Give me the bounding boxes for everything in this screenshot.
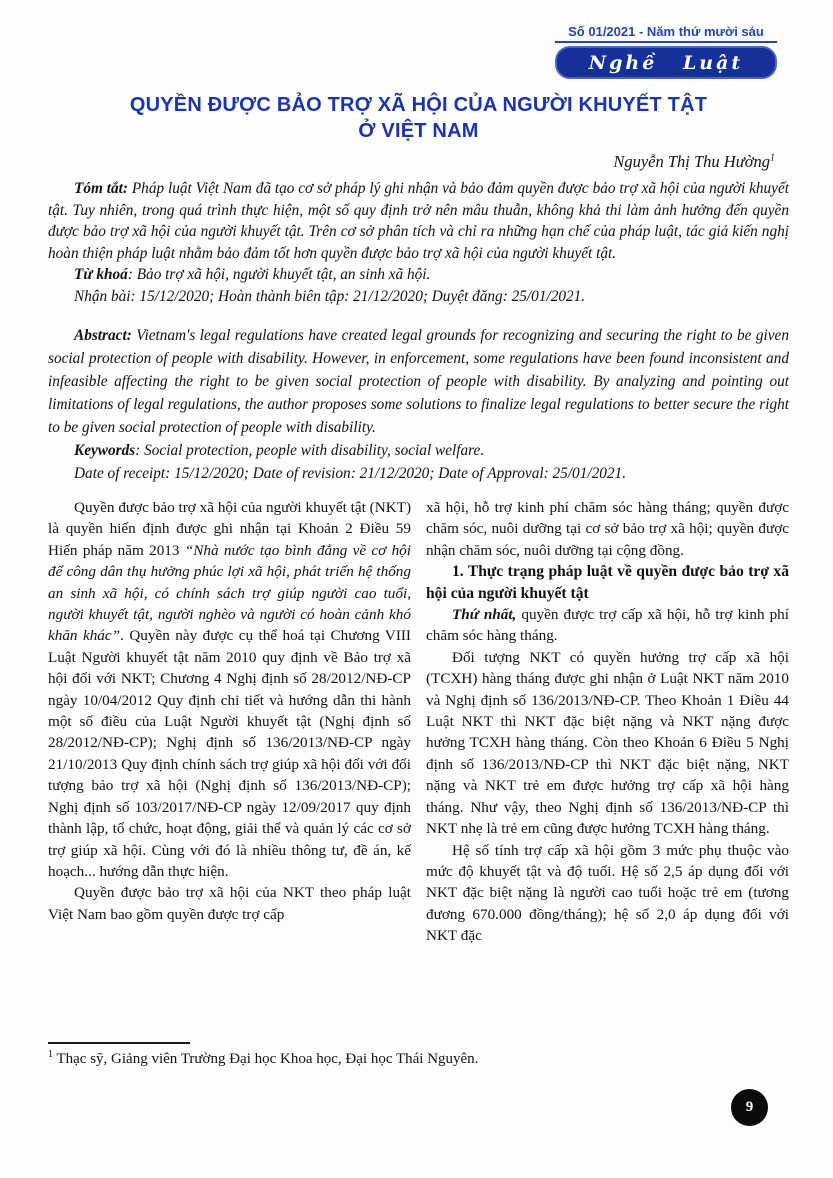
keywords-vi-text: : Bảo trợ xã hội, người khuyết tật, an s… bbox=[128, 266, 431, 283]
abstract-en: Abstract: Vietnam's legal regulations ha… bbox=[48, 324, 789, 485]
footnote-rule bbox=[48, 1042, 190, 1044]
title-line-1: QUYỀN ĐƯỢC BẢO TRỢ XÃ HỘI CỦA NGƯỜI KHUY… bbox=[48, 92, 789, 118]
keywords-en-text: : Social protection, people with disabil… bbox=[135, 442, 484, 459]
right-p2-lead: Thứ nhất, bbox=[452, 606, 516, 623]
footnote-area: 1 Thạc sỹ, Giảng viên Trường Đại học Kho… bbox=[48, 1042, 748, 1068]
body-paragraph: xã hội, hỗ trợ kinh phí chăm sóc hàng th… bbox=[426, 497, 789, 561]
keywords-en-label: Keywords bbox=[74, 442, 135, 459]
body-paragraph: Hệ số tính trợ cấp xã hội gồm 3 mức phụ … bbox=[426, 840, 789, 947]
page-number-badge: 9 bbox=[731, 1089, 768, 1126]
abstract-en-paragraph: Abstract: Vietnam's legal regulations ha… bbox=[48, 324, 789, 439]
abstract-vi-paragraph: Tóm tắt: Pháp luật Việt Nam đã tạo cơ sở… bbox=[48, 178, 789, 264]
issue-label: Số 01/2021 - Năm thứ mười sáu bbox=[555, 24, 777, 39]
journal-name: Nghề Luật bbox=[589, 52, 743, 74]
body-paragraph: Thứ nhất, quyền được trợ cấp xã hội, hỗ … bbox=[426, 604, 789, 647]
section-gap bbox=[48, 307, 789, 324]
body-paragraph: Quyền được bảo trợ xã hội của người khuy… bbox=[48, 497, 411, 882]
keywords-vi-line: Từ khoá: Bảo trợ xã hội, người khuyết tậ… bbox=[48, 264, 789, 286]
abstract-vi-text: Pháp luật Việt Nam đã tạo cơ sở pháp lý … bbox=[48, 180, 789, 262]
abstract-en-text: Vietnam's legal regulations have created… bbox=[48, 327, 789, 436]
section-heading-1: 1. Thực trạng pháp luật về quyền được bả… bbox=[426, 561, 789, 604]
keywords-vi-label: Từ khoá bbox=[74, 266, 128, 283]
article-content: QUYỀN ĐƯỢC BẢO TRỢ XÃ HỘI CỦA NGƯỜI KHUY… bbox=[0, 0, 833, 947]
keywords-en-line: Keywords: Social protection, people with… bbox=[48, 439, 789, 462]
right-column: xã hội, hỗ trợ kinh phí chăm sóc hàng th… bbox=[426, 497, 789, 947]
author-name: Nguyễn Thị Thu Hường bbox=[613, 152, 770, 171]
journal-badge: Nghề Luật bbox=[555, 46, 777, 79]
header-rule bbox=[555, 41, 777, 43]
title-line-2: Ở VIỆT NAM bbox=[48, 118, 789, 144]
abstract-en-label: Abstract: bbox=[74, 327, 132, 344]
journal-page: Số 01/2021 - Năm thứ mười sáu Nghề Luật … bbox=[0, 0, 833, 1178]
journal-header: Số 01/2021 - Năm thứ mười sáu Nghề Luật bbox=[555, 24, 777, 79]
left-p1-b: . Quyền này được cụ thể hoá tại Chương V… bbox=[48, 627, 411, 879]
body-paragraph: Quyền được bảo trợ xã hội của NKT theo p… bbox=[48, 882, 411, 925]
abstract-vi-label: Tóm tắt: bbox=[74, 180, 128, 197]
author-line: Nguyễn Thị Thu Hường1 bbox=[48, 152, 775, 172]
page-number: 9 bbox=[746, 1099, 754, 1116]
body-columns: Quyền được bảo trợ xã hội của người khuy… bbox=[48, 497, 789, 947]
left-column: Quyền được bảo trợ xã hội của người khuy… bbox=[48, 497, 411, 947]
footnote-text-line: 1 Thạc sỹ, Giảng viên Trường Đại học Kho… bbox=[48, 1051, 748, 1068]
abstract-vi: Tóm tắt: Pháp luật Việt Nam đã tạo cơ sở… bbox=[48, 178, 789, 307]
body-paragraph: Đối tượng NKT có quyền hưởng trợ cấp xã … bbox=[426, 647, 789, 840]
author-footnote-ref: 1 bbox=[770, 153, 775, 164]
footnote-text: Thạc sỹ, Giảng viên Trường Đại học Khoa … bbox=[53, 1051, 478, 1067]
dates-en-line: Date of receipt: 15/12/2020; Date of rev… bbox=[48, 462, 789, 485]
page-title: QUYỀN ĐƯỢC BẢO TRỢ XÃ HỘI CỦA NGƯỜI KHUY… bbox=[48, 92, 789, 144]
dates-vi-line: Nhận bài: 15/12/2020; Hoàn thành biên tậ… bbox=[48, 286, 789, 308]
